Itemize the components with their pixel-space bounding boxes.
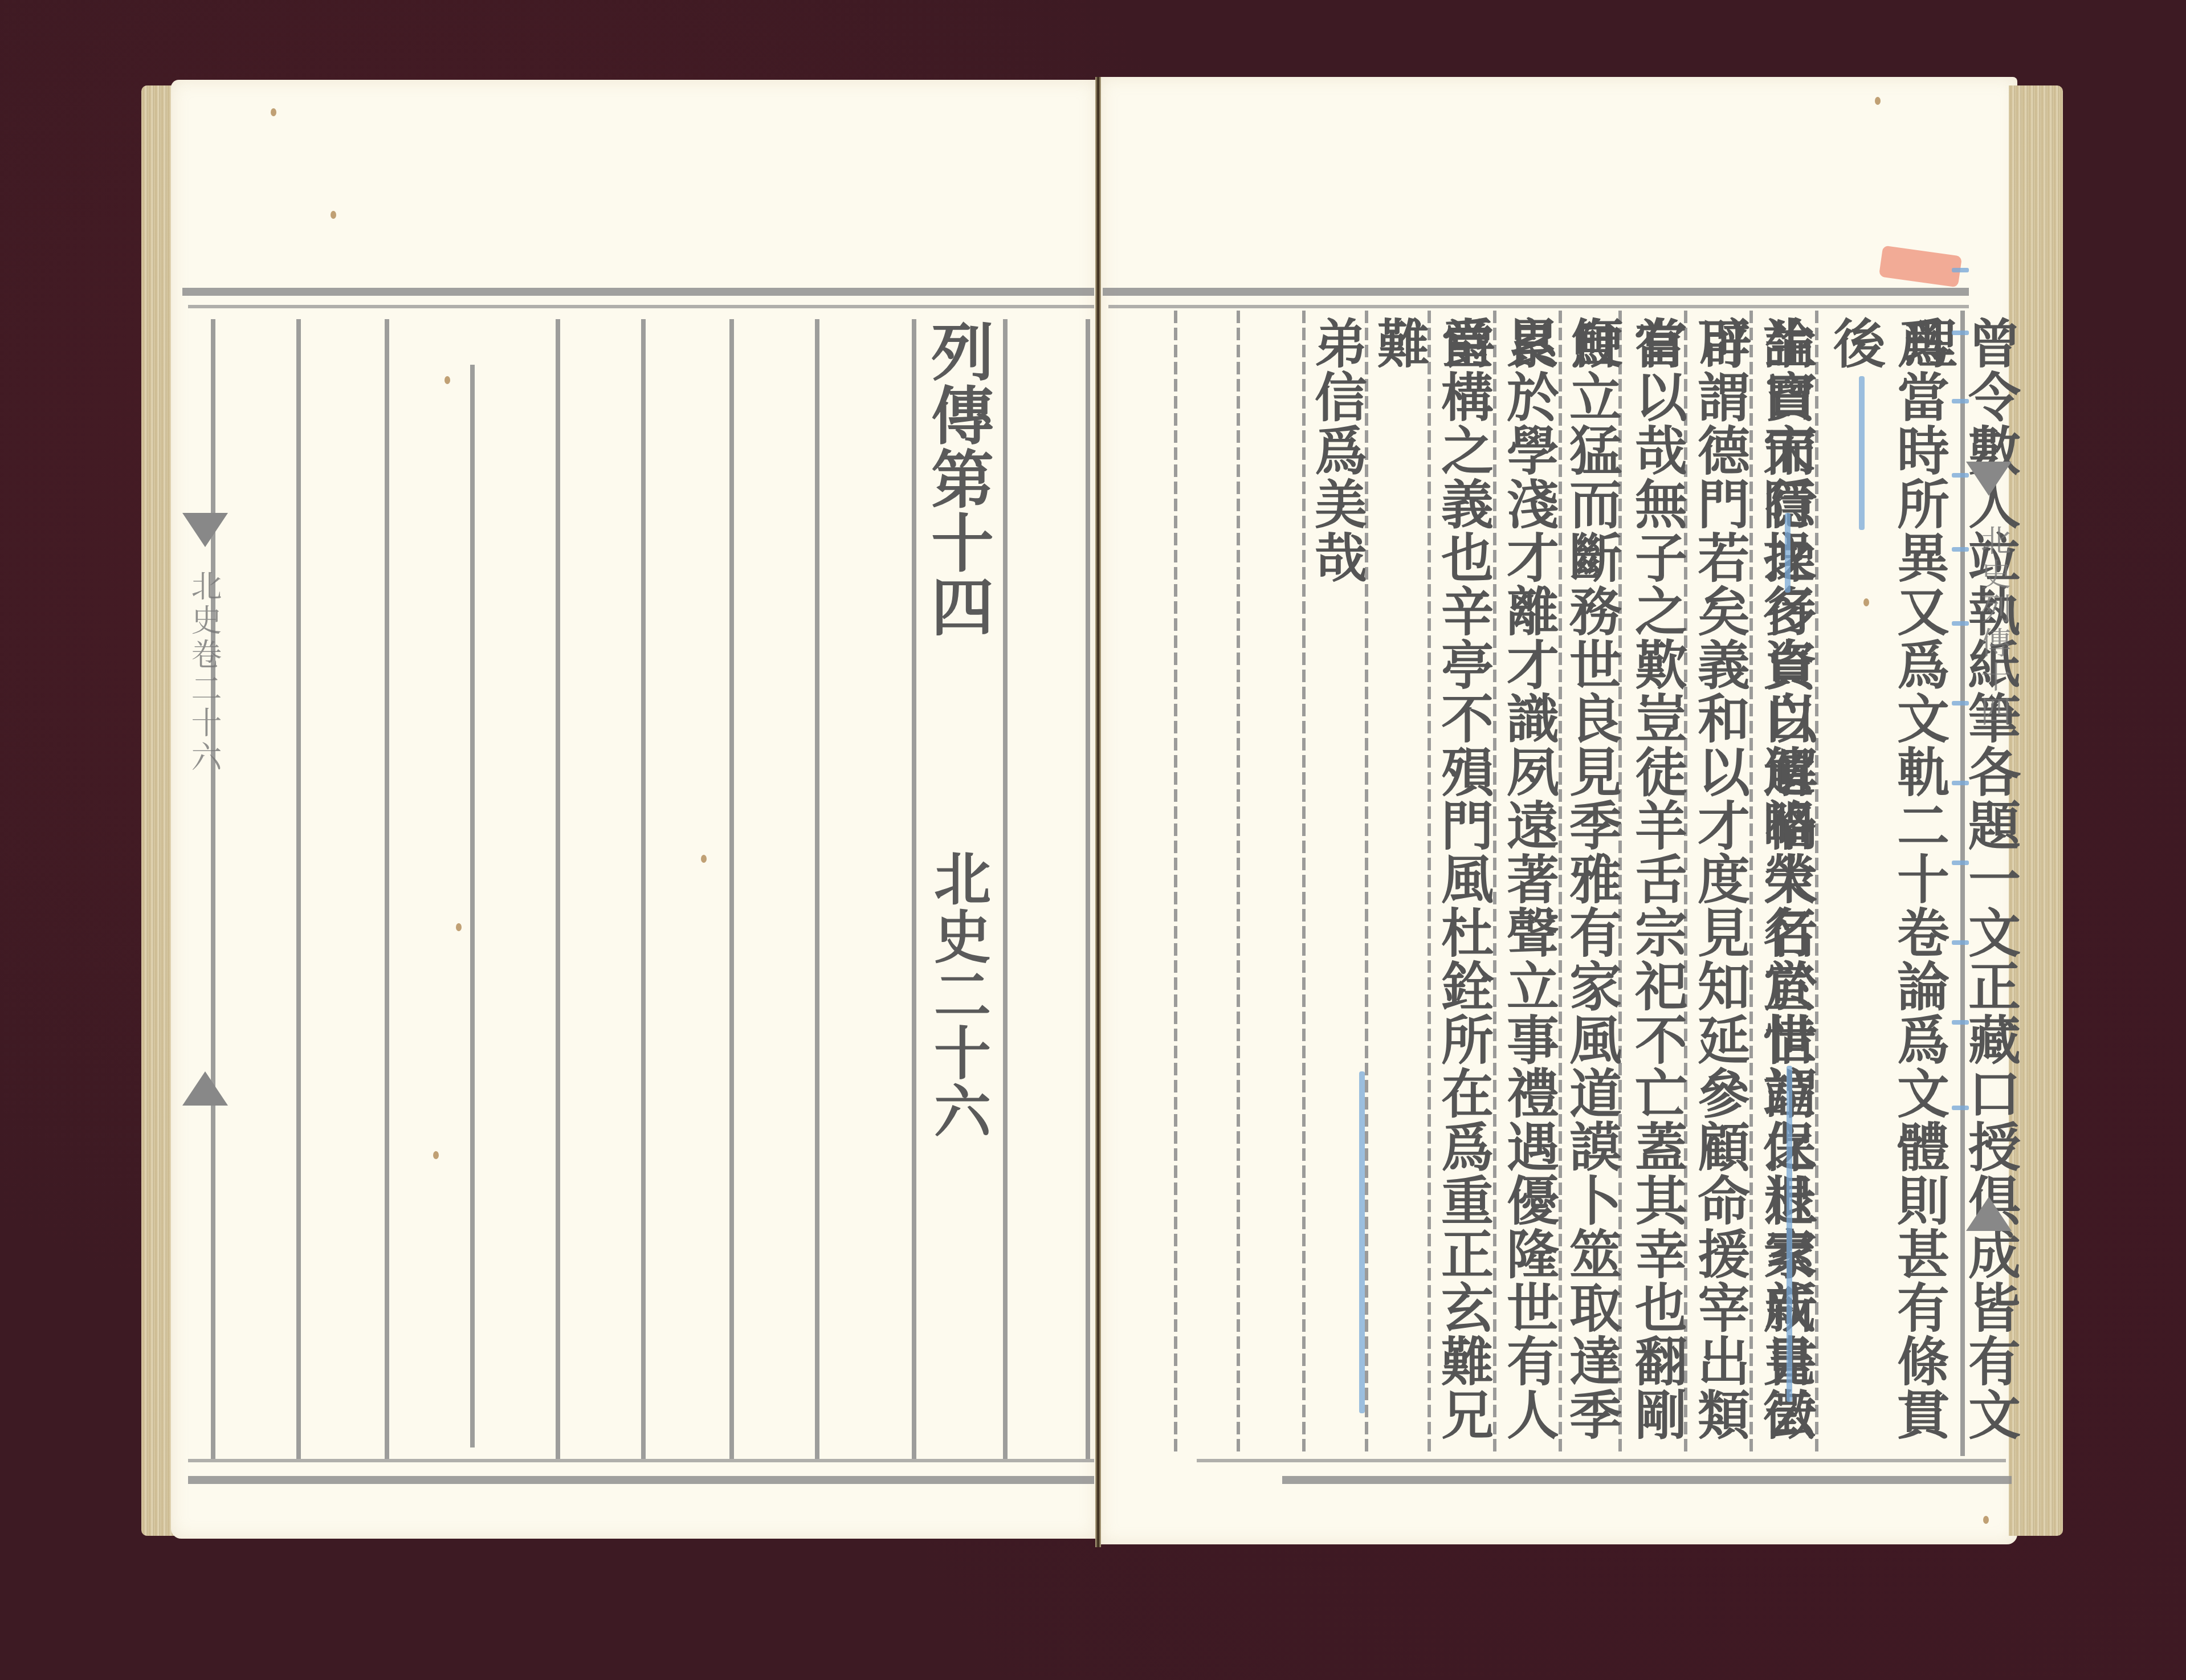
wormhole-dot (444, 376, 450, 384)
right-top-border (1103, 288, 1969, 296)
left-col-rule (556, 319, 560, 1459)
blue-tick (1952, 331, 1969, 335)
wormhole-dot (456, 923, 462, 931)
right-col-rule (1174, 311, 1177, 1456)
blue-tick (1952, 701, 1969, 706)
left-col-rule (296, 319, 301, 1459)
wormhole-dot (701, 855, 707, 863)
left-page-edges (141, 85, 176, 1536)
fishtail-marker-bottom (1966, 1197, 2012, 1231)
wormhole-dot (1875, 97, 1881, 105)
fishtail-marker-top (182, 513, 228, 547)
blue-tick (1952, 547, 1969, 552)
right-col-rule (1237, 311, 1240, 1456)
fishtail-marker-bottom (182, 1071, 228, 1106)
wormhole-dot (433, 1151, 439, 1159)
left-margin-label: 北史卷二十六 (182, 570, 226, 1083)
right-margin-label: 北史列傳十四 (1972, 524, 2016, 923)
left-col-rule (1003, 319, 1008, 1459)
blue-annotation-line (1859, 376, 1865, 530)
wormhole-dot (271, 108, 276, 116)
wormhole-dot (1983, 1516, 1989, 1524)
blue-tick (1952, 781, 1969, 785)
chapter-title: 列傳第十四 (920, 319, 994, 832)
left-col-rule (470, 365, 475, 1447)
fishtail-marker-top (1966, 462, 2012, 496)
blue-tick (1952, 940, 1969, 945)
chapter-source: 北史二十六 (926, 849, 990, 1168)
blue-tick (1952, 1020, 1969, 1025)
blue-tick (1952, 473, 1969, 478)
blue-tick (1952, 399, 1969, 403)
text-column: 爲當時所異又爲文軌二十卷論爲文體則甚有條貫後 (1824, 316, 1951, 1456)
text-column: 堂構之義也辛亭不殞門風杜銓所在爲重正玄難兄難 (1368, 316, 1495, 1456)
right-top-border-inner (1108, 305, 1969, 308)
left-col-rule (385, 319, 389, 1459)
gutter-fold (1095, 77, 1101, 1547)
left-col-rule (815, 319, 819, 1459)
blue-tick (1952, 1106, 1969, 1110)
blue-annotation-line (1787, 1066, 1792, 1402)
left-bottom-border-inner (188, 1459, 1094, 1462)
blue-tick (1952, 268, 1969, 272)
left-col-rule (641, 319, 646, 1459)
left-col-rule (912, 319, 916, 1459)
left-top-border (182, 288, 1094, 296)
blue-annotation-line (1359, 1071, 1365, 1413)
blue-tick (1952, 621, 1969, 626)
right-bottom-border (1282, 1476, 2012, 1484)
right-bottom-border-inner (1197, 1459, 2006, 1462)
wormhole-dot (1863, 598, 1869, 606)
left-col-rule (729, 319, 734, 1459)
blue-annotation-line (1785, 513, 1791, 593)
blue-tick (1952, 861, 1969, 865)
wormhole-dot (331, 211, 336, 219)
left-col-rule (1086, 319, 1090, 1459)
left-bottom-border (188, 1476, 1094, 1484)
left-top-border-inner (188, 305, 1094, 308)
